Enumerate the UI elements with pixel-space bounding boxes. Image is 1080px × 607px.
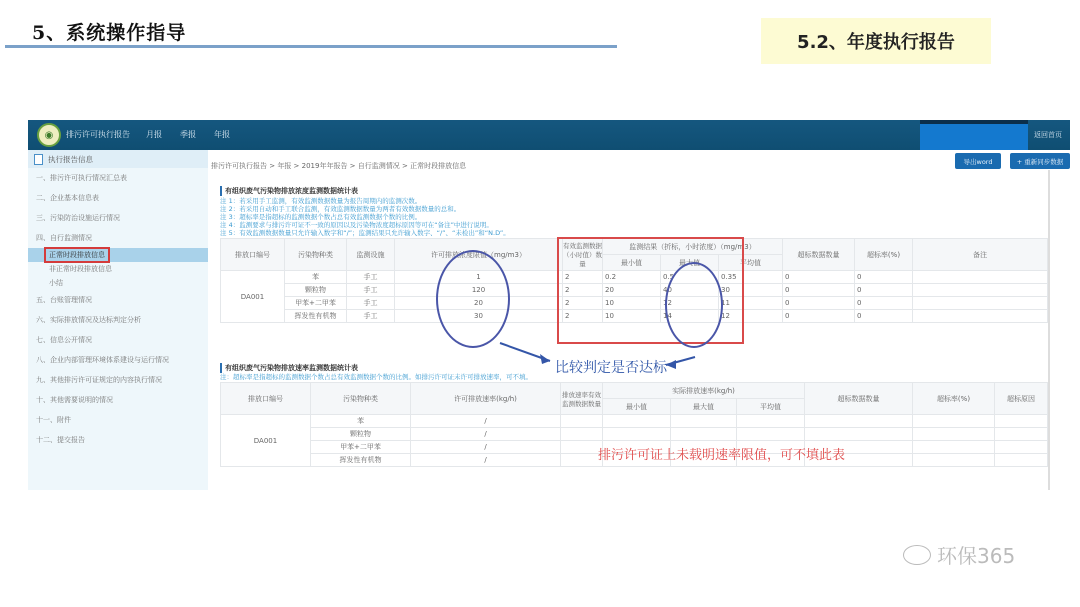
sidebar-item[interactable]: 小结 [28,276,208,290]
input-cell[interactable]: 0 [855,271,913,284]
table-cell: 苯 [311,415,411,428]
input-cell[interactable] [995,428,1048,441]
sidebar-header[interactable]: 执行报告信息 [28,150,208,168]
table-cell: 手工 [347,284,395,297]
input-cell[interactable]: 0 [783,284,855,297]
table-cell: 颗粒物 [311,428,411,441]
compare-callout: 比较判定是否达标 [555,357,667,377]
top-nav-bar: ◉ 排污许可执行报告 月报 季报 年报 返回首页 [28,120,1070,150]
input-cell[interactable] [995,415,1048,428]
input-cell[interactable] [671,415,737,428]
input-cell[interactable] [561,454,603,467]
input-cell[interactable]: 0 [783,310,855,323]
sidebar-item[interactable]: 非正常时段排放信息 [28,262,208,276]
wechat-icon [903,545,931,565]
sidebar-item[interactable]: 十二、提交报告 [28,430,208,450]
export-word-button[interactable]: 导出word [955,153,1001,169]
input-cell[interactable] [913,428,995,441]
table-row: 颗粒物/ [221,428,1048,441]
input-cell[interactable]: 0 [783,297,855,310]
table-cell: 甲苯+二甲苯 [285,297,347,310]
input-cell[interactable] [995,441,1048,454]
table-cell: 苯 [285,271,347,284]
tab-monthly[interactable]: 月报 [146,129,162,140]
table-cell: / [411,454,561,467]
resync-data-button[interactable]: + 重新同步数据 [1010,153,1070,169]
breadcrumb: 排污许可执行报告 > 年报 > 2019年年报告 > 自行监测情况 > 正常时段… [211,161,466,171]
slide-title: 5、系统操作指导 [32,18,186,45]
table-row: DA001苯/ [221,415,1048,428]
input-cell[interactable]: 0 [783,271,855,284]
user-box[interactable] [920,120,1028,150]
input-cell[interactable]: 0 [855,297,913,310]
input-cell[interactable] [561,428,603,441]
sidebar-item[interactable]: 四、自行监测情况 [28,228,208,248]
logo-icon: ◉ [37,123,61,147]
sidebar-item[interactable]: 三、污染防治设施运行情况 [28,208,208,228]
input-cell[interactable] [561,415,603,428]
document-icon [34,154,43,165]
input-cell[interactable] [913,297,1048,310]
sidebar-item[interactable]: 八、企业内部管理环境体系建设与运行情况 [28,350,208,370]
input-cell[interactable] [913,454,995,467]
sidebar-item[interactable]: 一、排污许可执行情况汇总表 [28,168,208,188]
sidebar-item[interactable]: 十、其他需要说明的情况 [28,390,208,410]
table-cell: 颗粒物 [285,284,347,297]
input-cell[interactable] [913,441,995,454]
slide-rule [5,45,617,48]
sidebar-item[interactable]: 正常时段排放信息 [28,248,208,262]
sidebar-item[interactable]: 十一、附件 [28,410,208,430]
input-cell[interactable] [561,441,603,454]
input-cell[interactable] [913,415,995,428]
sidebar-item[interactable]: 五、台账管理情况 [28,290,208,310]
table-cell: / [411,428,561,441]
input-cell[interactable] [737,428,805,441]
table1-title: 有组织废气污染物排放浓度监测数据统计表 [220,186,358,196]
input-cell[interactable] [995,454,1048,467]
scrollbar[interactable] [1048,170,1050,490]
input-cell[interactable] [671,428,737,441]
section-badge: 5.2、年度执行报告 [761,18,991,64]
input-cell[interactable]: 0 [855,284,913,297]
table-cell: 挥发性有机物 [285,310,347,323]
table2-note: 注：超标率是指超标的监测数据个数占总有效监测数据个数的比例。如排污许可证未许可排… [220,372,532,381]
input-cell[interactable] [603,415,671,428]
sidebar-item[interactable]: 七、信息公开情况 [28,330,208,350]
input-cell[interactable]: 0 [855,310,913,323]
input-cell[interactable] [913,271,1048,284]
table-cell: 手工 [347,297,395,310]
tab-annual[interactable]: 年报 [214,129,230,140]
input-cell[interactable] [603,428,671,441]
input-cell[interactable] [805,415,913,428]
table1-note: 注 5：有效监测数据数量只允许输入数字和“/”；监测结果只允许输入数字、“/”、… [220,228,510,237]
input-cell[interactable] [737,415,805,428]
sidebar-item[interactable]: 二、企业基本信息表 [28,188,208,208]
watermark: 环保365 [903,540,1015,569]
table-cell: / [411,415,561,428]
table-cell: DA001 [221,271,285,323]
rate-table-note: 排污许可证上未载明速率限值，可不填此表 [598,444,845,463]
limit-ellipse [436,250,510,348]
back-home-link[interactable]: 返回首页 [1034,130,1062,140]
table-cell: 手工 [347,271,395,284]
table-cell: DA001 [221,415,311,467]
app-name: 排污许可执行报告 [66,129,130,140]
sidebar-item[interactable]: 九、其他排污许可证规定的内容执行情况 [28,370,208,390]
table-cell: 挥发性有机物 [311,454,411,467]
table-cell: 甲苯+二甲苯 [311,441,411,454]
table-cell: 手工 [347,310,395,323]
input-cell[interactable] [805,428,913,441]
input-cell[interactable] [913,310,1048,323]
tab-quarterly[interactable]: 季报 [180,129,196,140]
table-cell: / [411,441,561,454]
sidebar: 执行报告信息 一、排污许可执行情况汇总表二、企业基本信息表三、污染防治设施运行情… [28,150,208,490]
sidebar-item[interactable]: 六、实际排放情况及达标判定分析 [28,310,208,330]
input-cell[interactable] [913,284,1048,297]
app-window: ◉ 排污许可执行报告 月报 季报 年报 返回首页 执行报告信息 一、排污许可执行… [28,120,1070,490]
